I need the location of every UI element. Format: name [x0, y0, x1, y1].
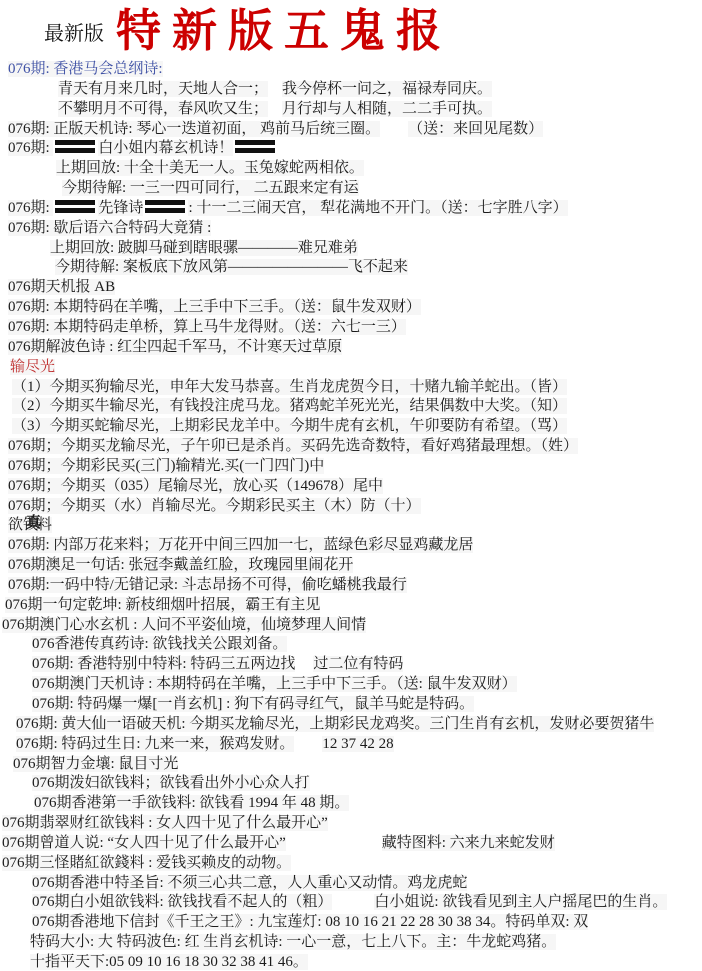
line-text: 076期白小姐欲钱料: 欲钱找看不起人的（粗）: [32, 894, 332, 910]
text-line: 076期: 内部万花来料；万花开中间三四加一七，蓝绿色彩尽显鸡藏龙居: [0, 536, 702, 556]
line-text: 076期: 本期特码走单桥，算上马牛龙得财。（送：六七一三）: [8, 319, 406, 335]
text-line: 不攀明月不可得，春风吹又生；月行却与人相随，二二手可执。: [0, 100, 702, 120]
spacer: [332, 905, 374, 906]
line-text: 076期:: [8, 140, 53, 156]
line-text: 076期天机报 AB: [8, 279, 115, 295]
text-line: 076期香港地下信封《千王之王》: 九宝莲灯: 08 10 16 21 22 2…: [0, 913, 702, 933]
double-bar-icon: [145, 200, 185, 213]
line-text: 十指平天下:05 09 10 16 18 30 32 38 41 46。: [30, 954, 308, 970]
text-line: 特码大小: 大 特码波色: 红 生肖玄机诗: 一心一意，七上八下。主：牛龙蛇鸡猪…: [0, 933, 702, 953]
line-text: 076期: 本期特码在羊嘴，上三手中下三手。（送：鼠牛发双财）: [8, 299, 421, 315]
text-line: 076期:一码中特/无错记录: 斗志昂扬不可得，偷吃蟠桃我最行: [0, 576, 702, 596]
text-line: 青天有月来几时，天地人合一；我今停杯一问之，福禄寿同庆。: [0, 80, 702, 100]
line-text: 076期曾道人说: “女人四十见了什么最开心”: [2, 835, 286, 851]
text-line: 076期: 黄大仙一语破天机: 今期买龙输尽光，上期彩民龙鸡奖。三门生肖有玄机，…: [0, 715, 702, 735]
text-line: （2）今期买牛输尽光，有钱投注虎马龙。猪鸡蛇羊死光光，结果偶数中大奖。（知）: [0, 397, 702, 417]
text-line: 076期三怪賭紅欲錢料 : 爱钱买赖皮的动物。: [0, 854, 702, 874]
text-line: 076期曾道人说: “女人四十见了什么最开心”藏特图料: 六来九来蛇发财: [0, 834, 702, 854]
text-line: 076期: 白小姐内幕玄机诗！: [0, 139, 702, 159]
line-text: 076期澳足一句话: 张冠李戴盖红脸，玫瑰园里闹花开: [8, 557, 353, 573]
text-line: 076期；今期买龙输尽光，子午卯已是杀肖。买码先选奇数特，看好鸡猪最理想。（姓）: [0, 437, 702, 457]
line-text: 输尽光: [10, 359, 55, 375]
text-line: 076期: 本期特码走单桥，算上马牛龙得财。（送：六七一三）: [0, 318, 702, 338]
line-text: : 十一二三闹天宫， 犁花满地不开门。（送：七字胜八字）: [188, 200, 567, 216]
line-text: （送：来回见尾数）: [408, 121, 543, 137]
spacer: [294, 747, 322, 748]
text-line: 076期；今期买（水）肖输尽光。今期彩民买主（木）防（十）: [0, 497, 702, 517]
text-line: 076期: 歇后语六合特码大竟猜 :: [0, 219, 702, 239]
line-text: 076香港传真药诗: 欲钱找关公跟刘备。: [32, 636, 287, 652]
text-line: 076期香港第一手欲钱料: 欲钱看 1994 年 48 期。: [0, 794, 702, 814]
line-text: 076期智力金壤: 鼠目寸光: [13, 756, 178, 772]
page-title: 特新版五鬼报: [116, 9, 452, 54]
line-text: （1）今期买狗输尽光，申年大发马恭喜。生肖龙虎贺今日，十赌九输羊蛇出。（皆）: [12, 379, 567, 395]
line-text: （2）今期买牛输尽光，有钱投注虎马龙。猪鸡蛇羊死光光，结果偶数中大奖。（知）: [12, 398, 567, 414]
text-line: 076期泼妇欲钱料；欲钱看出外小心众人打: [0, 774, 702, 794]
edition-label: 最新版: [44, 17, 104, 46]
text-line: 输尽光: [0, 358, 702, 378]
text-line: 076期: 香港特别中特料: 特码三五两边找过二位有特码: [0, 655, 702, 675]
spacer: [268, 112, 282, 113]
line-text: 076期: 香港特别中特料: 特码三五两边找: [32, 656, 295, 672]
text-line: 076期解波色诗 : 红尘四起千军马，不计寒天过草原: [0, 338, 702, 358]
line-text: 076期翡翠财红欲钱料 : 女人四十见了什么最开心”: [2, 815, 328, 831]
text-line: 欲钱真料: [0, 516, 702, 536]
line-text: （3）今期买蛇输尽光，上期彩民龙羊中。今期牛虎有玄机，午卯要防有希望。（骂）: [12, 418, 567, 434]
text-line: 今期待解: 一三一四可同行， 二五跟来定有运: [0, 179, 702, 199]
line-text: 先锋诗: [98, 200, 143, 216]
spacer: [380, 132, 408, 133]
text-line: 076期: 先锋诗: 十一二三闹天宫， 犁花满地不开门。（送：七字胜八字）: [0, 199, 702, 219]
line-text: 076期一句定乾坤: 新枝细烟叶招展，霸王有主见: [5, 597, 320, 613]
line-text: 076期香港第一手欲钱料: 欲钱看 1994 年 48 期。: [34, 795, 349, 811]
line-text: 青天有月来几时，天地人合一；: [58, 81, 268, 97]
text-line: 076期: 正版天机诗: 琴心一迭道初面， 鸡前马后统三圈。（送：来回见尾数）: [0, 120, 702, 140]
text-line: （3）今期买蛇输尽光，上期彩民龙羊中。今期牛虎有玄机，午卯要防有希望。（骂）: [0, 417, 702, 437]
text-line: 076香港传真药诗: 欲钱找关公跟刘备。: [0, 635, 702, 655]
page-header: 最新版 特新版五鬼报: [0, 0, 702, 58]
line-text: 076期；今期买（035）尾输尽光，放心买（149678）尾中: [8, 478, 383, 494]
line-text: 不攀明月不可得，春风吹又生；: [58, 101, 268, 117]
text-line: 076期白小姐欲钱料: 欲钱找看不起人的（粗）白小姐说: 欲钱看见到主人户摇尾巴…: [0, 893, 702, 913]
text-line: 076期澳门心水玄机 : 人问不平姿仙境，仙境梦理人间情: [0, 616, 702, 636]
double-bar-icon: [55, 200, 95, 213]
double-bar-icon: [235, 140, 275, 153]
line-text: 月行却与人相随，二二手可执。: [282, 101, 492, 117]
line-text: 076期；今期买（水）肖输尽光。今期彩民买主（木）防（十）: [8, 498, 421, 514]
line-text: 白小姐说: 欲钱看见到主人户摇尾巴的生肖。: [374, 894, 667, 910]
line-text: 076期澳门心水玄机 : 人问不平姿仙境，仙境梦理人间情: [2, 617, 366, 633]
spacer: [286, 846, 382, 847]
line-text: 076期三怪賭紅欲錢料 : 爱钱买赖皮的动物。: [2, 855, 291, 871]
line-text: 076期: 黄大仙一语破天机: 今期买龙输尽光，上期彩民龙鸡奖。三门生肖有玄机，…: [16, 716, 654, 732]
lines-container: 076期: 香港马会总纲诗:青天有月来几时，天地人合一；我今停杯一问之，福禄寿同…: [0, 58, 702, 971]
overlap-char: 真: [26, 515, 41, 531]
text-line: 076期；今期彩民买(三门)输精光.买(一门四门)中: [0, 457, 702, 477]
line-text: 076期解波色诗 : 红尘四起千军马，不计寒天过草原: [8, 339, 342, 355]
line-text: 076期泼妇欲钱料；欲钱看出外小心众人打: [32, 775, 310, 791]
line-text: 076期:: [8, 200, 53, 216]
line-text: 上期回放: 跛脚马碰到瞎眼骡————难兄难弟: [50, 240, 358, 256]
double-bar-icon: [55, 140, 95, 153]
text-line: 076期智力金壤: 鼠目寸光: [0, 755, 702, 775]
text-line: 076期: 特码过生日: 九来一来，猴鸡发财。12 37 42 28: [0, 735, 702, 755]
line-text: 076期: 特码爆一爆[一肖玄机] : 狗下有码寻红气，鼠羊马蛇是特码。: [32, 696, 474, 712]
line-text: 076期: 正版天机诗: 琴心一迭道初面， 鸡前马后统三圈。: [8, 121, 380, 137]
text-line: 076期: 本期特码在羊嘴，上三手中下三手。（送：鼠牛发双财）: [0, 298, 702, 318]
line-text: 上期回放: 十全十美无一人。玉兔嫁蛇两相依。: [56, 160, 364, 176]
line-text: 076期: 香港马会总纲诗:: [8, 61, 163, 77]
line-text: 076期；今期买龙输尽光，子午卯已是杀肖。买码先选奇数特，看好鸡猪最理想。（姓）: [8, 438, 578, 454]
text-line: 076期: 香港马会总纲诗:: [0, 60, 702, 80]
text-line: 076期: 特码爆一爆[一肖玄机] : 狗下有码寻红气，鼠羊马蛇是特码。: [0, 695, 702, 715]
line-text: 我今停杯一问之，福禄寿同庆。: [282, 81, 492, 97]
line-text: 今期待解: 一三一四可同行， 二五跟来定有运: [62, 180, 359, 196]
line-text: 12 37 42 28: [322, 736, 393, 752]
text-line: 076期一句定乾坤: 新枝细烟叶招展，霸王有主见: [0, 596, 702, 616]
text-line: 十指平天下:05 09 10 16 18 30 32 38 41 46。: [0, 953, 702, 971]
line-text: 076期: 特码过生日: 九来一来，猴鸡发财。: [16, 736, 294, 752]
text-line: 076期；今期买（035）尾输尽光，放心买（149678）尾中: [0, 477, 702, 497]
line-text: 藏特图料: 六来九来蛇发财: [382, 835, 555, 851]
line-text: 过二位有特码: [313, 656, 403, 672]
line-text: 076期: 内部万花来料；万花开中间三四加一七，蓝绿色彩尽显鸡藏龙居: [8, 537, 473, 553]
line-text: 特码大小: 大 特码波色: 红 生肖玄机诗: 一心一意，七上八下。主：牛龙蛇鸡猪…: [30, 934, 556, 950]
line-text: 白小姐内幕玄机诗！: [98, 140, 233, 156]
line-text: 076期香港地下信封《千王之王》: 九宝莲灯: 08 10 16 21 22 2…: [32, 914, 588, 930]
spacer: [268, 92, 282, 93]
text-line: （1）今期买狗输尽光，申年大发马恭喜。生肖龙虎贺今日，十赌九输羊蛇出。（皆）: [0, 378, 702, 398]
text-line: 076期香港中特圣旨: 不须三心共二意，人人重心又动情。鸡龙虎蛇: [0, 874, 702, 894]
text-line: 076期天机报 AB: [0, 278, 702, 298]
text-line: 今期待解: 案板底下放风第————————飞不起来: [0, 258, 702, 278]
line-text: 076期:一码中特/无错记录: 斗志昂扬不可得，偷吃蟠桃我最行: [8, 577, 407, 593]
spacer: [295, 667, 313, 668]
line-text: 076期；今期彩民买(三门)输精光.买(一门四门)中: [8, 458, 324, 474]
text-line: 076期澳足一句话: 张冠李戴盖红脸，玫瑰园里闹花开: [0, 556, 702, 576]
line-text: 076期香港中特圣旨: 不须三心共二意，人人重心又动情。鸡龙虎蛇: [32, 875, 467, 891]
line-text: 076期: 歇后语六合特码大竟猜 :: [8, 220, 211, 236]
text-line: 上期回放: 十全十美无一人。玉兔嫁蛇两相依。: [0, 159, 702, 179]
line-text: 今期待解: 案板底下放风第————————飞不起来: [55, 259, 408, 275]
text-line: 076期澳门天机诗 : 本期特码在羊嘴，上三手中下三手。（送: 鼠牛发双财）: [0, 675, 702, 695]
text-line: 上期回放: 跛脚马碰到瞎眼骡————难兄难弟: [0, 239, 702, 259]
line-text: 076期澳门天机诗 : 本期特码在羊嘴，上三手中下三手。（送: 鼠牛发双财）: [32, 676, 517, 692]
text-line: 076期翡翠财红欲钱料 : 女人四十见了什么最开心”: [0, 814, 702, 834]
